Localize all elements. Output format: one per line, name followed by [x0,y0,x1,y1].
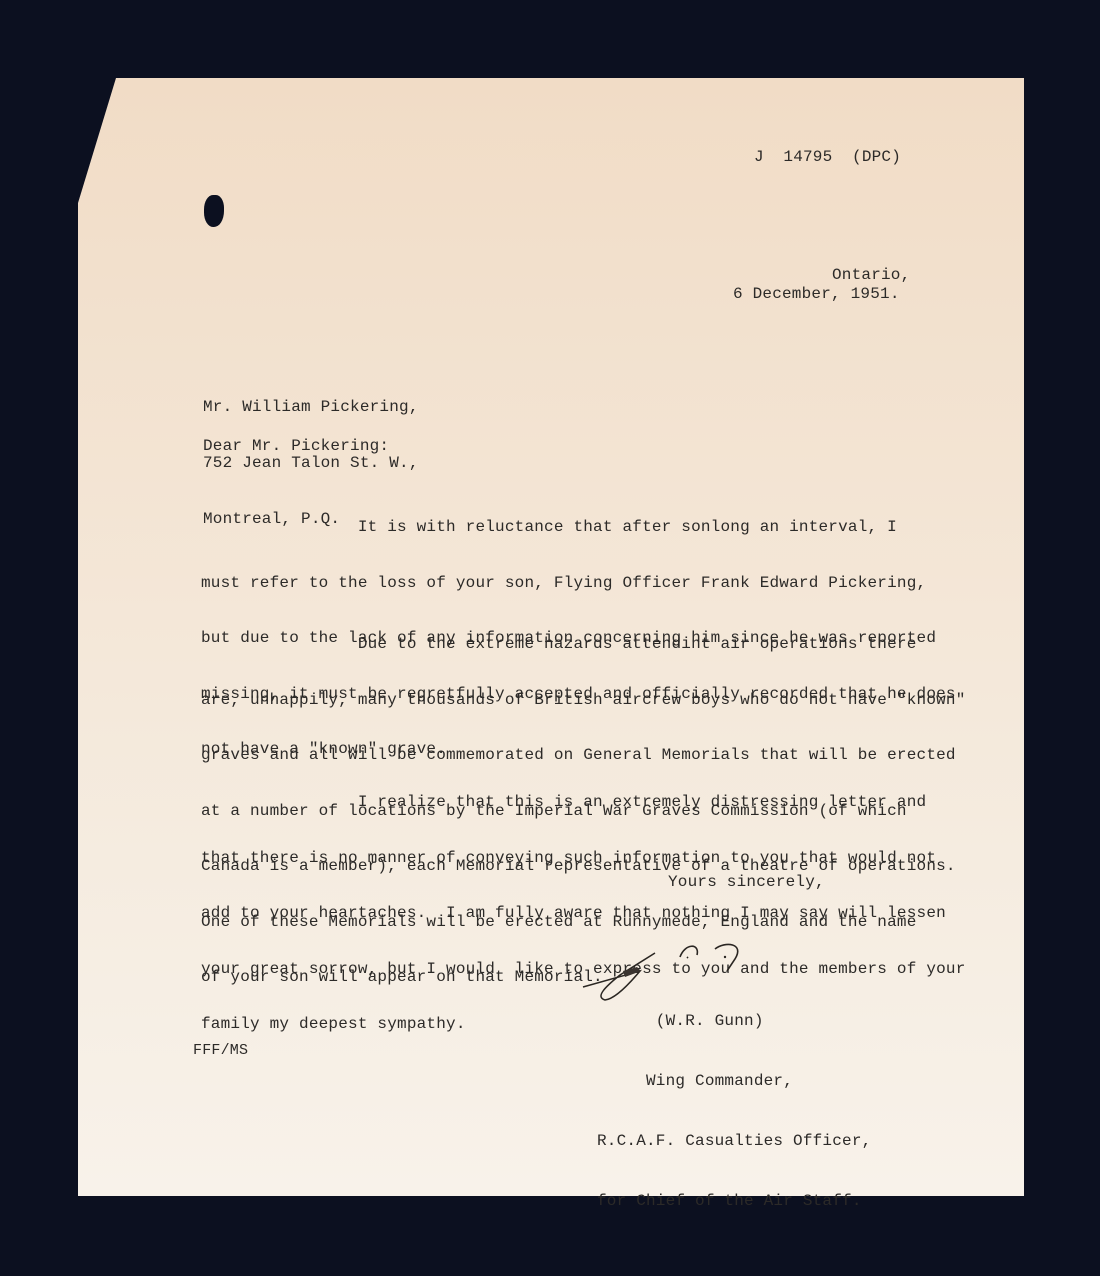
text-line: must refer to the loss of your son, Flyi… [201,574,956,593]
letter-date: 6 December, 1951. [733,285,900,304]
letter-place: Ontario, [832,266,910,285]
signature-block: (W.R. Gunn) Wing Commander, R.C.A.F. Cas… [597,971,871,1231]
text-line: I realize that this is an extremely dist… [201,793,966,812]
text-line: add to your heartaches. I am fully aware… [201,904,966,923]
recipient-line: 752 Jean Talon St. W., [203,454,419,472]
text-line: Due to the extreme hazards attendint air… [201,635,966,654]
text-line: It is with reluctance that after sonlong… [201,518,956,537]
reference-number: J 14795 (DPC) [754,148,901,167]
text-line: that there is no manner of conveying suc… [201,849,966,868]
typist-initials: FFF/MS [193,1041,248,1060]
signatory-name: (W.R. Gunn) [597,1011,871,1031]
salutation: Dear Mr. Pickering: [203,437,389,456]
punch-hole [204,195,224,227]
recipient-line: Mr. William Pickering, [203,398,419,416]
signatory-on-behalf: for Chief of the Air Staff. [597,1191,871,1211]
signatory-rank: Wing Commander, [597,1071,871,1091]
closing: Yours sincerely, [668,873,825,892]
text-line: are, unhappily, many thousands of Britis… [201,691,966,710]
signatory-title: R.C.A.F. Casualties Officer, [597,1131,871,1151]
